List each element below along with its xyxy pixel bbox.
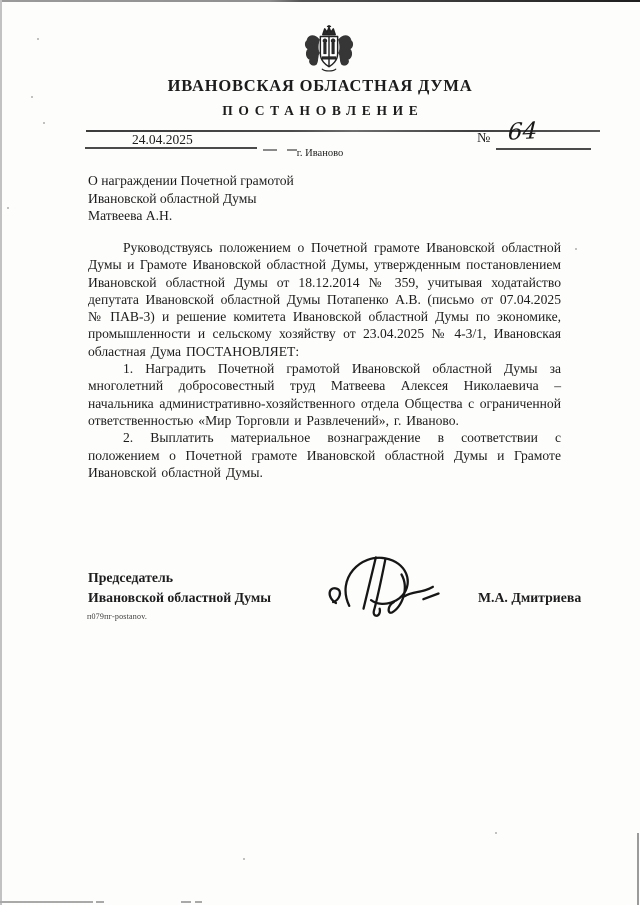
org-name: ИВАНОВСКАЯ ОБЛАСТНАЯ ДУМА [0, 76, 640, 96]
doc-type-title: ПОСТАНОВЛЕНИЕ [0, 103, 640, 119]
scan-edge-top [0, 0, 640, 2]
subject-line: О награждении Почетной грамотой [88, 172, 388, 190]
scan-speck [7, 207, 9, 209]
doc-number-label: № [477, 131, 490, 147]
signatory-position-line: Председатель [88, 568, 348, 588]
resolution-item-2: 2. Выплатить материальное вознаграждение… [88, 429, 561, 481]
scan-speck [575, 248, 577, 250]
doc-date: 24.04.2025 [132, 132, 193, 148]
body-text: Руководствуясь положением о Почетной гра… [88, 239, 561, 481]
scan-edge-bottom [195, 901, 202, 903]
scan-speck [31, 96, 33, 98]
doc-number-handwritten: 64 [507, 118, 538, 146]
signatory-position-line: Ивановской областной Думы [88, 588, 348, 608]
scan-speck [37, 38, 39, 40]
signatory-position: Председатель Ивановской областной Думы [88, 568, 348, 607]
document-page: ИВАНОВСКАЯ ОБЛАСТНАЯ ДУМА ПОСТАНОВЛЕНИЕ … [0, 0, 640, 905]
signature-icon [320, 546, 445, 622]
scan-speck [495, 832, 497, 834]
subject-line: Ивановской областной Думы [88, 190, 388, 208]
scan-edge-bottom [181, 901, 191, 903]
preamble-paragraph: Руководствуясь положением о Почетной гра… [88, 239, 561, 360]
scan-edge-bottom [96, 901, 104, 903]
scan-edge-left [0, 0, 2, 905]
subject-block: О награждении Почетной грамотой Ивановск… [88, 172, 388, 225]
doc-footnote: п079пг-postanov. [87, 612, 147, 621]
subject-line: Матвеева А.Н. [88, 207, 388, 225]
city-label: г. Иваново [0, 148, 640, 159]
scan-speck [243, 858, 245, 860]
scan-edge-bottom [0, 901, 93, 903]
resolution-item-1: 1. Наградить Почетной грамотой Ивановско… [88, 360, 561, 429]
scan-speck [43, 122, 45, 124]
coat-of-arms-icon [300, 25, 358, 73]
scan-edge-right [637, 833, 639, 905]
signatory-name: М.А. Дмитриева [478, 590, 581, 606]
